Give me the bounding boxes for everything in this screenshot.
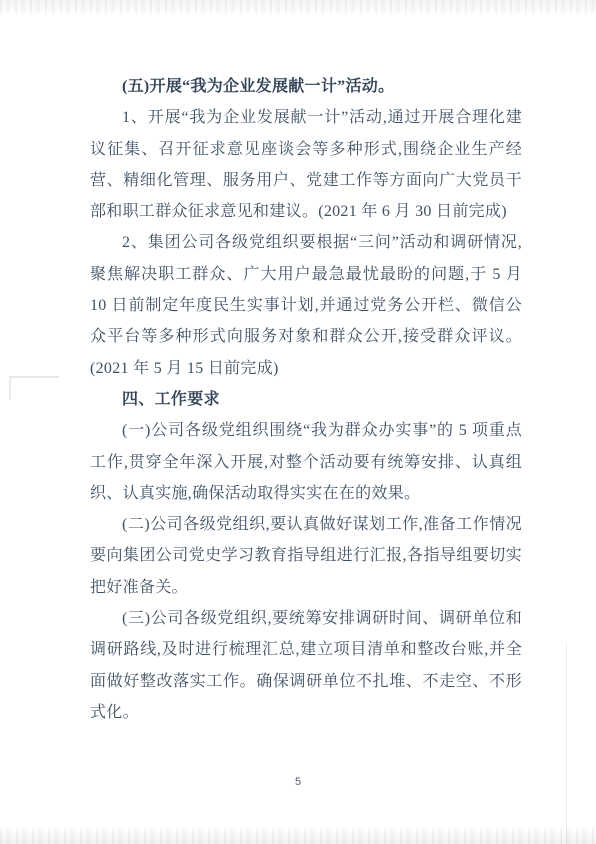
paragraph-item-2: 2、集团公司各级党组织要根据“三问”活动和调研情况,聚焦解决职工群众、广大用户最… bbox=[90, 227, 522, 383]
section-heading-five: (五)开展“我为企业发展献一计”活动。 bbox=[90, 71, 522, 102]
scanned-document-page: (五)开展“我为企业发展献一计”活动。 1、开展“我为企业发展献一计”活动,通过… bbox=[0, 0, 596, 844]
paragraph-requirement-1: (一)公司各级党组织围绕“我为群众办实事”的 5 项重点工作,贯穿全年深入开展,… bbox=[90, 415, 522, 509]
scan-edge-artifact-bottom bbox=[0, 828, 596, 844]
paragraph-requirement-3: (三)公司各级党组织,要统筹安排调研时间、调研单位和调研路线,及时进行梳理汇总,… bbox=[90, 603, 522, 728]
scan-line-artifact-right bbox=[566, 642, 567, 844]
scan-edge-artifact-top bbox=[0, 0, 596, 14]
paragraph-requirement-2: (二)公司各级党组织,要认真做好谋划工作,准备工作情况要向集团公司党史学习教育指… bbox=[90, 509, 522, 603]
paragraph-item-1: 1、开展“我为企业发展献一计”活动,通过开展合理化建议征集、召开征求意见座谈会等… bbox=[90, 102, 522, 227]
page-number: 5 bbox=[0, 776, 596, 788]
scan-corner-artifact bbox=[9, 376, 59, 400]
section-heading-work-requirements: 四、工作要求 bbox=[90, 384, 522, 415]
document-body: (五)开展“我为企业发展献一计”活动。 1、开展“我为企业发展献一计”活动,通过… bbox=[90, 71, 522, 728]
